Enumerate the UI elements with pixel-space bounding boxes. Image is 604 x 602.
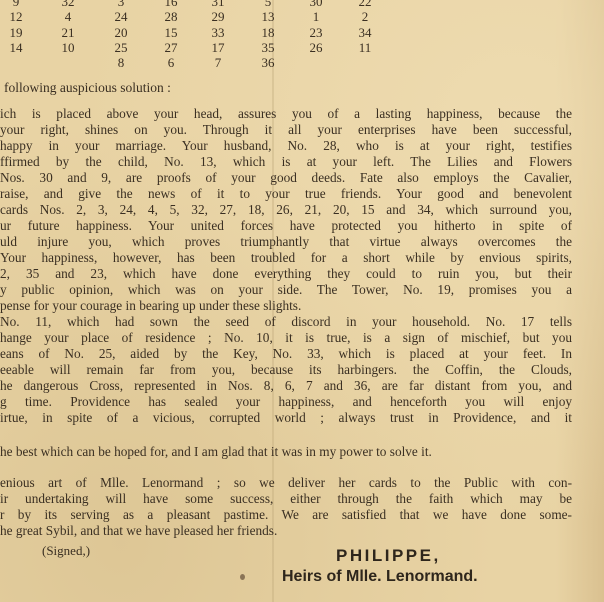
- text-line: y public opinion, which was on your side…: [0, 282, 572, 298]
- text-line: Nos. 30 and 9, are proofs of your good d…: [0, 170, 572, 186]
- text-line: ich is placed above your head, assures y…: [0, 106, 572, 122]
- text-line: uld injure you, which proves triumphantl…: [0, 234, 572, 250]
- grid-cell: 34: [345, 25, 385, 41]
- text-line: g time. Providence has sealed your happi…: [0, 394, 572, 410]
- grid-cell: 35: [248, 40, 288, 56]
- grid-cell: 25: [101, 40, 141, 56]
- lead-text: following auspicious solution :: [4, 80, 171, 96]
- text-line: enious art of Mlle. Lenormand ; so we de…: [0, 475, 572, 491]
- text-line: eeable will remain far from you, because…: [0, 362, 572, 378]
- text-line: hange your place of residence ; No. 10, …: [0, 330, 572, 346]
- grid-cell: 15: [151, 25, 191, 41]
- grid-cell: 4: [48, 9, 88, 25]
- text-line: pense for your courage in bearing up und…: [0, 298, 572, 314]
- grid-cell: 33: [198, 25, 238, 41]
- text-line: r by its serving as a pleasant pastime. …: [0, 507, 572, 523]
- grid-cell: 1: [296, 9, 336, 25]
- grid-cell: 2: [345, 9, 385, 25]
- text-line: irtue, in spite of a vicious, corrupted …: [0, 410, 572, 426]
- signature-title: Heirs of Mlle. Lenormand.: [282, 568, 478, 586]
- signed-label: (Signed,): [42, 543, 90, 559]
- text-line: ir undertaking will have some success, e…: [0, 491, 572, 507]
- text-line: raise, and give the news of it to your t…: [0, 186, 572, 202]
- grid-cell: 14: [0, 40, 36, 56]
- grid-cell: 27: [151, 40, 191, 56]
- grid-cell: 24: [101, 9, 141, 25]
- grid-cell: 13: [248, 9, 288, 25]
- grid-cell: 29: [198, 9, 238, 25]
- text-line: happy in your marriage. Your husband, No…: [0, 138, 572, 154]
- grid-cell: 7: [198, 55, 238, 71]
- grid-cell: 20: [101, 25, 141, 41]
- text-line: eans of No. 25, aided by the Key, No. 33…: [0, 346, 572, 362]
- grid-cell: 19: [0, 25, 36, 41]
- ink-spot: [240, 574, 245, 580]
- grid-cell: 21: [48, 25, 88, 41]
- text-line: ur future happiness. Your united forces …: [0, 218, 572, 234]
- text-line: cards Nos. 2, 3, 24, 4, 5, 32, 27, 18, 2…: [0, 202, 572, 218]
- grid-cell: 36: [248, 55, 288, 71]
- grid-cell: 6: [151, 55, 191, 71]
- text-line: he dangerous Cross, represented in Nos. …: [0, 378, 572, 394]
- grid-cell: 23: [296, 25, 336, 41]
- grid-cell: 17: [198, 40, 238, 56]
- grid-cell: 11: [345, 40, 385, 56]
- grid-cell: 12: [0, 9, 36, 25]
- grid-cell: 26: [296, 40, 336, 56]
- text-line: he great Sybil, and that we have pleased…: [0, 523, 572, 539]
- text-line: No. 11, which had sown the seed of disco…: [0, 314, 572, 330]
- text-line: Your happiness, however, has been troubl…: [0, 250, 572, 266]
- text-line: 2, 35 and 23, which have done everything…: [0, 266, 572, 282]
- signature-name: PHILIPPE,: [336, 546, 441, 566]
- paragraph-2: he best which can be hoped for, and I am…: [0, 444, 572, 460]
- grid-cell: 10: [48, 40, 88, 56]
- grid-cell: 8: [101, 55, 141, 71]
- grid-cell: 18: [248, 25, 288, 41]
- text-line: ffirmed by the child, No. 13, which is a…: [0, 154, 572, 170]
- text-line: your right, shines on you. Through it al…: [0, 122, 572, 138]
- grid-cell: 28: [151, 9, 191, 25]
